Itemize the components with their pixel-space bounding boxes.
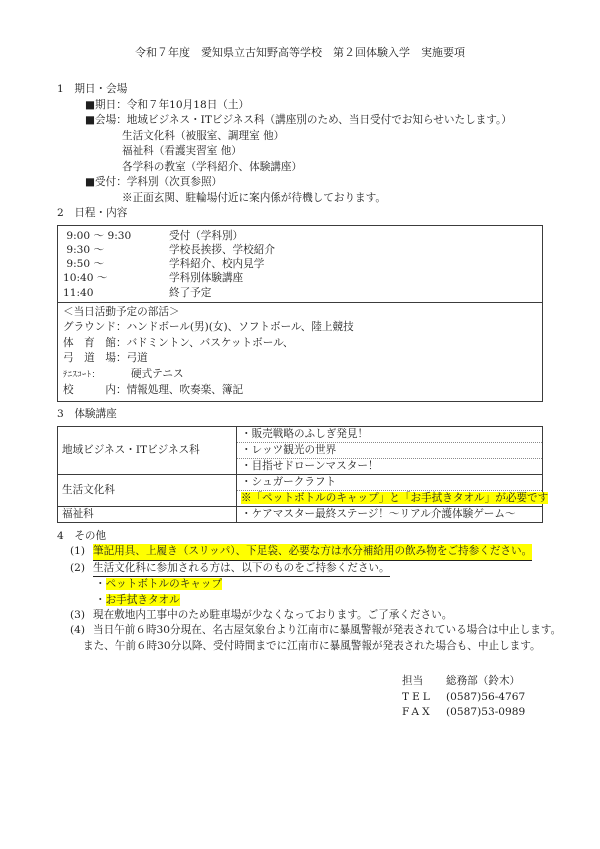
contact-label: 担当 <box>402 674 446 690</box>
reception-note: ※正面玄関、駐輪場付近に案内係が待機しております。 <box>57 191 543 207</box>
table-row: 地域ビジネス・ITビジネス科 ・販売戦略のふしぎ発見！ <box>58 426 543 442</box>
dept-cell: 地域ビジネス・ITビジネス科 <box>58 426 237 474</box>
schedule-list: 9:00 ～ 9:30 受付（学科別） 9:30 ～ 学校長挨拶、学校紹介 9:… <box>58 226 542 302</box>
storm-warning-note: 当日午前６時30分現在、名古屋気象台より江南市に暴風警報が発表されている場合は中… <box>93 623 561 638</box>
section-3-heading: 3 体験講座 <box>57 407 543 423</box>
course-cell: ・レッツ観光の世界 <box>237 442 543 458</box>
phone-number: (0587)56-4767 <box>446 691 525 703</box>
schedule-item: 学校長挨拶、学校紹介 <box>169 243 275 257</box>
table-row: 生活文化科 ・シュガークラフト <box>58 474 543 490</box>
item-number: (4) <box>57 623 93 638</box>
course-cell: ・シュガークラフト <box>237 474 543 490</box>
date-line: ■期日：令和７年10月18日（土） <box>57 98 543 114</box>
item-number: (2) <box>57 561 93 577</box>
course-cell: ・ケアマスター最終ステージ！～リアル介護体験ゲーム～ <box>237 506 543 522</box>
schedule-box: 9:00 ～ 9:30 受付（学科別） 9:30 ～ 学校長挨拶、学校紹介 9:… <box>57 225 543 403</box>
other-item-1: (1) 筆記用具、上履き（スリッパ）、下足袋、必要な方は水分補給用の飲み物をご持… <box>57 544 543 560</box>
other-item-2: (2) 生活文化科に参加される方は、以下のものをご持参ください。 <box>57 561 543 577</box>
contact-row: FAX(0587)53-0989 <box>402 705 543 721</box>
schedule-item: 受付（学科別） <box>169 229 243 243</box>
bullet-text: ペットボトルのキャップ <box>106 578 223 590</box>
schedule-time: 9:00 ～ 9:30 <box>63 229 169 243</box>
course-cell: ・販売戦略のふしぎ発見！ <box>237 426 543 442</box>
clubs-section: ＜当日活動予定の部活＞ グラウンド：ハンドボール(男)(女)、ソフトボール、陸上… <box>58 302 542 401</box>
other-item-4: (4) 当日午前６時30分現在、名古屋気象台より江南市に暴風警報が発表されている… <box>57 623 543 638</box>
course-table: 地域ビジネス・ITビジネス科 ・販売戦略のふしぎ発見！ ・レッツ観光の世界 ・目… <box>57 426 543 523</box>
bullet-item-1: ・ペットボトルのキャップ <box>57 577 543 592</box>
parking-note: 現在敷地内工事中のため駐車場が少なくなっております。ご了承ください。 <box>93 608 452 623</box>
dept-cell: 福祉科 <box>58 506 237 522</box>
course-cell: ※「ペットボトルのキャップ」と「お手拭きタオル」が必要です <box>237 490 543 506</box>
schedule-item: 学科紹介、校内見学 <box>169 257 264 271</box>
section-other: 4 その他 (1) 筆記用具、上履き（スリッパ）、下足袋、必要な方は水分補給用の… <box>57 529 543 654</box>
club-place: 弓 道 場： <box>63 351 127 366</box>
club-row: ﾃﾆｽｺｰﾄ：硬式テニス <box>63 367 542 383</box>
venue-line-4: 各学科の教室（学科紹介、体験講座） <box>57 160 543 176</box>
page-title: 令和７年度 愛知県立古知野高等学校 第２回体験入学 実施要項 <box>57 44 543 60</box>
club-row: 校 内：情報処理、吹奏楽、簿記 <box>63 383 542 398</box>
item-number: (3) <box>57 608 93 623</box>
section-schedule-venue: 1 期日・会場 ■期日：令和７年10月18日（土） ■会場：地域ビジネス・ITビ… <box>57 82 543 206</box>
section-2-heading: 2 日程・内容 <box>57 206 543 222</box>
table-row: 福祉科 ・ケアマスター最終ステージ！～リアル介護体験ゲーム～ <box>58 506 543 522</box>
storm-warning-note-cont: また、午前６時30分以降、受付時間までに江南市に暴風警報が発表された場合も、中止… <box>57 639 543 654</box>
phone-label: TEL <box>402 690 446 706</box>
schedule-row: 10:40 ～ 学科別体験講座 <box>63 271 542 285</box>
club-place: 体 育 館： <box>63 336 127 351</box>
item-number: (1) <box>57 544 93 560</box>
club-row: 体 育 館：バドミントン、バスケットボール、 <box>63 336 542 351</box>
club-detail: 弓道 <box>127 352 148 364</box>
venue-line-1: ■会場：地域ビジネス・ITビジネス科（講座別のため、当日受付でお知らせいたします… <box>57 113 543 129</box>
bullet-item-2: ・お手拭きタオル <box>57 593 543 608</box>
club-detail: ハンドボール(男)(女)、ソフトボール、陸上競技 <box>127 321 354 333</box>
fax-label: FAX <box>402 705 446 721</box>
bring-items-note: 筆記用具、上履き（スリッパ）、下足袋、必要な方は水分補給用の飲み物をご持参くださ… <box>93 544 532 560</box>
club-row: グラウンド：ハンドボール(男)(女)、ソフトボール、陸上競技 <box>63 320 542 335</box>
venue-line-3: 福祉科（看護実習室 他） <box>57 144 543 160</box>
schedule-time: 10:40 ～ <box>63 271 169 285</box>
schedule-time: 9:30 ～ <box>63 243 169 257</box>
other-item-3: (3) 現在敷地内工事中のため駐車場が少なくなっております。ご了承ください。 <box>57 608 543 623</box>
course-cell: ・目指せドローンマスター！ <box>237 458 543 474</box>
contact-row: 担当総務部（鈴木） <box>402 674 543 690</box>
schedule-row: 11:40 終了予定 <box>63 286 542 300</box>
schedule-time: 11:40 <box>63 286 169 300</box>
club-detail: バドミントン、バスケットボール、 <box>127 337 294 349</box>
dept-cell: 生活文化科 <box>58 474 237 506</box>
club-place: ﾃﾆｽｺｰﾄ： <box>63 368 131 383</box>
seikatsu-note: 生活文化科に参加される方は、以下のものをご持参ください。 <box>93 561 390 577</box>
club-detail: 硬式テニス <box>131 368 184 380</box>
schedule-row: 9:50 ～ 学科紹介、校内見学 <box>63 257 542 271</box>
schedule-row: 9:00 ～ 9:30 受付（学科別） <box>63 229 542 243</box>
reception-line: ■受付：学科別（次頁参照） <box>57 175 543 191</box>
venue-line-2: 生活文化科（被服室、調理室 他） <box>57 129 543 145</box>
contact-row: TEL(0587)56-4767 <box>402 690 543 706</box>
bullet-mark: ・ <box>95 578 106 590</box>
contact-value: 総務部（鈴木） <box>446 675 520 687</box>
club-row: 弓 道 場：弓道 <box>63 351 542 366</box>
club-place: グラウンド： <box>63 320 127 335</box>
section-1-heading: 1 期日・会場 <box>57 82 543 98</box>
highlighted-note: ※「ペットボトルのキャップ」と「お手拭きタオル」が必要です <box>241 492 548 504</box>
document-page: 令和７年度 愛知県立古知野高等学校 第２回体験入学 実施要項 1 期日・会場 ■… <box>0 0 600 849</box>
bullet-text: お手拭きタオル <box>106 594 180 606</box>
section-4-heading: 4 その他 <box>57 529 543 545</box>
bullet-mark: ・ <box>95 594 106 606</box>
schedule-time: 9:50 ～ <box>63 257 169 271</box>
fax-number: (0587)53-0989 <box>446 706 525 718</box>
schedule-item: 学科別体験講座 <box>169 271 243 285</box>
clubs-heading: ＜当日活動予定の部活＞ <box>63 305 542 320</box>
schedule-row: 9:30 ～ 学校長挨拶、学校紹介 <box>63 243 542 257</box>
club-place: 校 内： <box>63 383 127 398</box>
club-detail: 情報処理、吹奏楽、簿記 <box>127 384 244 396</box>
contact-block: 担当総務部（鈴木） TEL(0587)56-4767 FAX(0587)53-0… <box>402 674 543 721</box>
schedule-item: 終了予定 <box>169 286 211 300</box>
